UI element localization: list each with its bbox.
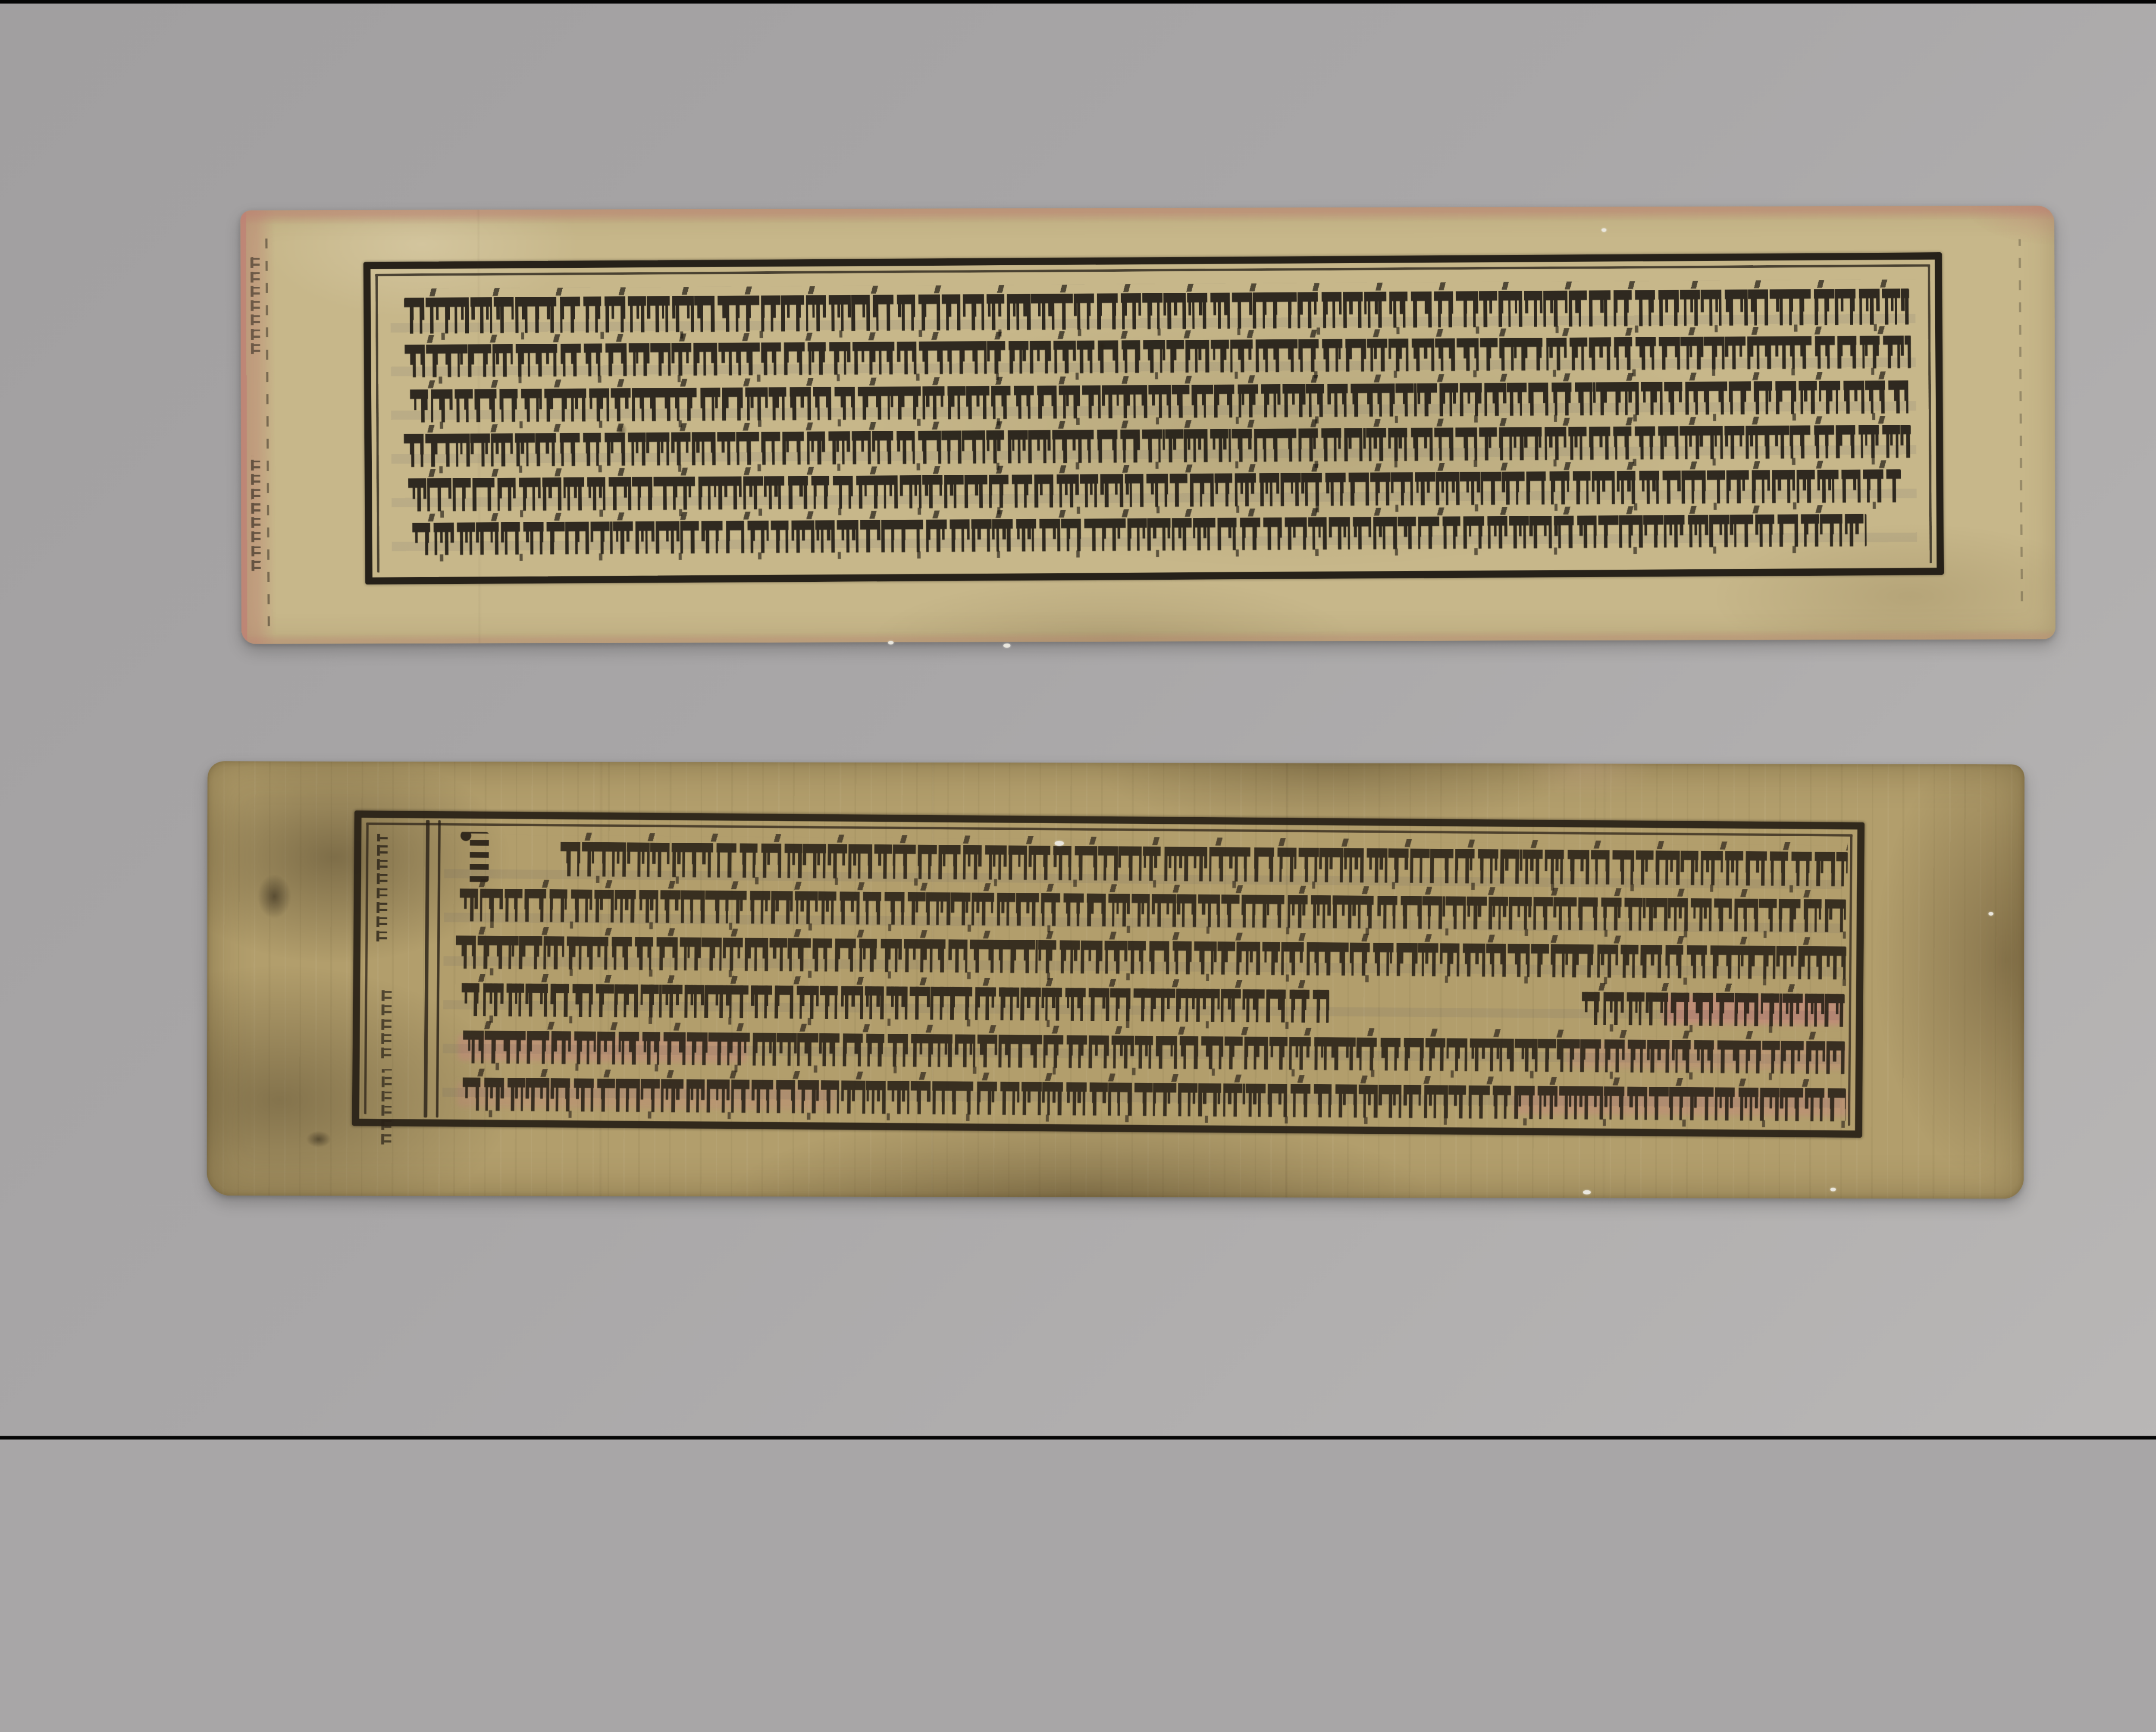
paper-fiber-speck bbox=[1583, 1190, 1591, 1195]
leaf-a bbox=[240, 206, 2056, 644]
fold-crease bbox=[931, 762, 935, 1197]
margin-annotation bbox=[251, 456, 261, 571]
paper-fiber-speck bbox=[1830, 1188, 1836, 1191]
paper-fiber-speck bbox=[1003, 643, 1011, 648]
margin-annotation bbox=[381, 988, 392, 1058]
leaf-b-content bbox=[204, 760, 2025, 1209]
text-line bbox=[453, 936, 1846, 980]
text-line bbox=[401, 335, 1911, 377]
ink-smudge bbox=[614, 420, 630, 440]
text-line bbox=[458, 1030, 1845, 1074]
ink-smudge bbox=[1097, 340, 1107, 352]
text-line bbox=[402, 380, 1910, 423]
paper-fiber-speck bbox=[1988, 912, 1993, 916]
fold-crease bbox=[1285, 763, 1289, 1197]
text-line bbox=[559, 842, 1848, 886]
ink-smudge bbox=[301, 1128, 336, 1151]
yig-mgo-head-mark bbox=[456, 832, 489, 882]
text-line bbox=[452, 983, 1329, 1023]
paper-fiber-speck bbox=[1601, 228, 1607, 232]
edge-ruling-line bbox=[265, 232, 270, 626]
margin-annotation bbox=[381, 1069, 392, 1145]
ink-smudge bbox=[251, 866, 298, 927]
text-line bbox=[1573, 992, 1845, 1027]
edge-ruling-line bbox=[2018, 239, 2023, 601]
leaf-a-content bbox=[240, 200, 2057, 644]
leaf-b bbox=[207, 761, 2025, 1199]
text-line bbox=[452, 1078, 1846, 1122]
photo-top-black-bar bbox=[0, 0, 2156, 3]
text-line bbox=[453, 888, 1846, 932]
margin-annotation bbox=[376, 834, 388, 942]
margin-annotation bbox=[251, 254, 260, 354]
fold-crease bbox=[599, 762, 603, 1196]
photo-bottom-black-bar bbox=[0, 1436, 2156, 1439]
paper-fiber-speck bbox=[888, 641, 893, 644]
manuscript-photograph bbox=[0, 0, 2156, 1440]
fold-crease bbox=[1602, 764, 1607, 1198]
text-line bbox=[403, 469, 1901, 511]
paper-fiber-speck bbox=[1055, 841, 1064, 846]
